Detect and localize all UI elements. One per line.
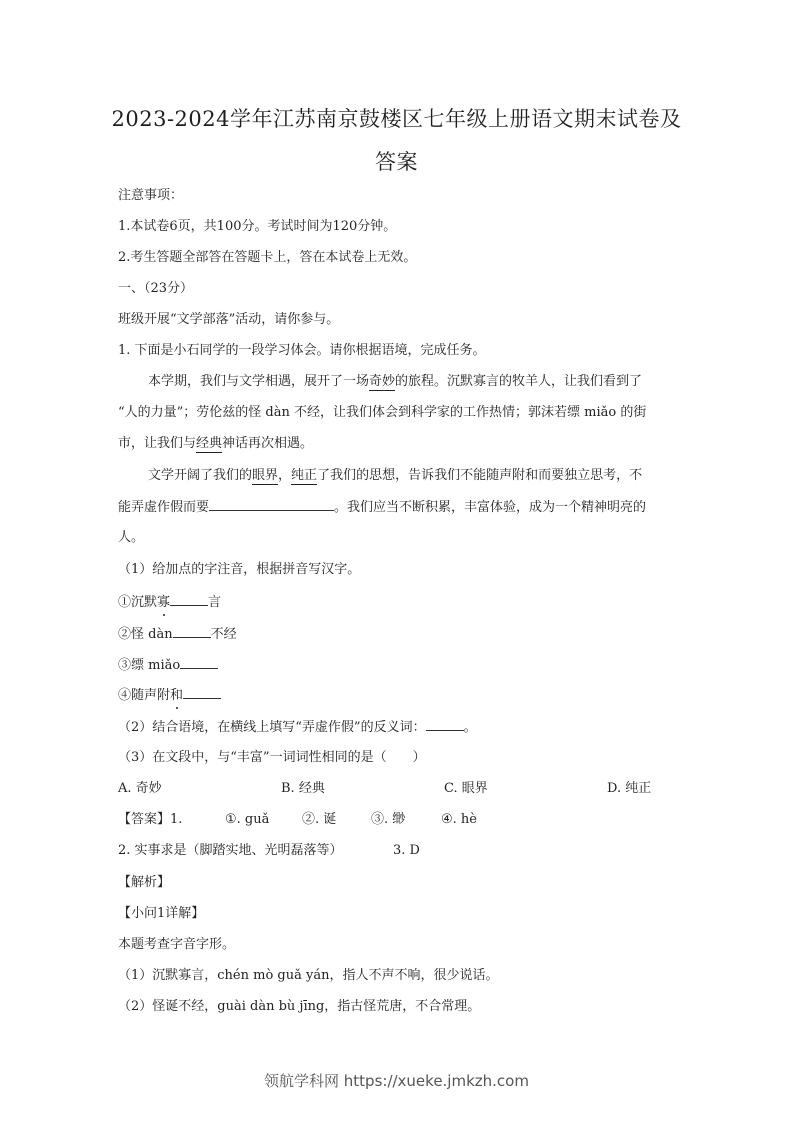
option-d[interactable]: D. 纯正 — [607, 780, 651, 798]
answer-blank-3[interactable] — [180, 656, 218, 669]
exam-page: 2023-2024学年江苏南京鼓楼区七年级上册语文期末试卷及 答案 注意事项： … — [0, 0, 793, 1122]
passage-para2-line1: 文学开阔了我们的眼界，纯正了我们的思想，告诉我们不能随声附和而要独立思考，不 — [148, 467, 642, 485]
question-1-stem: 1. 下面是小石同学的一段学习体会。请你根据语境，完成任务。 — [118, 342, 486, 360]
analysis-sub-label: 【小问1详解】 — [118, 905, 204, 923]
sub1-item-3: ③缥 miǎo — [118, 656, 218, 675]
passage-para1-line3: 市，让我们与经典神话再次相遇。 — [118, 435, 313, 453]
answer-label: 【答案】1. — [118, 811, 182, 829]
analysis-label: 【解析】 — [118, 874, 170, 892]
passage-para2-line2: 能弄虚作假而要。我们应当不断积累，丰富体验，成为一个精神明亮的 — [118, 498, 646, 517]
passage-para1-line1: 本学期，我们与文学相遇，展开了一场奇妙的旅程。沉默寡言的牧羊人，让我们看到了 — [148, 373, 642, 391]
option-b[interactable]: B. 经典 — [281, 780, 325, 798]
answer-blank-sub2[interactable] — [426, 718, 464, 731]
sub-question-3-stem: （3）在文段中，与“丰富”一词词性相同的是（ ） — [118, 749, 426, 767]
page-title-line2: 答案 — [100, 146, 693, 176]
option-c[interactable]: C. 眼界 — [444, 780, 488, 798]
option-a[interactable]: A. 奇妙 — [118, 780, 162, 798]
answer-blank-antonym[interactable] — [209, 498, 334, 511]
page-title-line1: 2023-2024学年江苏南京鼓楼区七年级上册语文期末试卷及 — [100, 103, 693, 133]
dotted-char: 和 — [170, 687, 183, 705]
sub1-item-2: ②怪 dàn不经 — [118, 625, 237, 644]
answer-item-1: ①. guǎ — [225, 811, 269, 829]
sub1-item-1: ①沉默寡言 — [118, 593, 221, 612]
underlined-word-jingdian: 经典 — [196, 436, 222, 453]
answer-item-3: ③. 缈 — [371, 811, 405, 829]
answer-item-4: ④. hè — [441, 811, 477, 829]
section-intro: 班级开展“文学部落”活动，请你参与。 — [118, 311, 339, 329]
answer-3: 3. D — [393, 842, 420, 860]
sub-question-1-stem: （1）给加点的字注音，根据拼音写汉字。 — [118, 561, 360, 579]
answer-blank-1[interactable] — [170, 593, 208, 606]
notice-heading: 注意事项： — [118, 187, 183, 205]
analysis-intro: 本题考查字音字形。 — [118, 936, 235, 954]
answer-blank-4[interactable] — [183, 686, 221, 699]
footer-watermark: 领航学科网 https://xueke.jmkzh.com — [0, 1070, 793, 1091]
dotted-char: 寡 — [157, 594, 170, 612]
sub-question-2: （2）结合语境，在横线上填写“弄虚作假”的反义词：。 — [118, 718, 477, 737]
answer-item-2: ②. 诞 — [302, 811, 336, 829]
analysis-line-2: （2）怪诞不经，guài dàn bù jīng，指古怪荒唐，不合常理。 — [118, 998, 480, 1016]
answer-2: 2. 实事求是（脚踏实地、光明磊落等） — [118, 842, 343, 860]
sub1-item-4: ④随声附和 — [118, 686, 221, 705]
analysis-line-1: （1）沉默寡言，chén mò guǎ yán，指人不声不响，很少说话。 — [118, 967, 498, 985]
underlined-word-qimiao: 奇妙 — [369, 374, 395, 391]
notice-item-2: 2.考生答题全部答在答题卡上，答在本试卷上无效。 — [118, 249, 416, 267]
answer-blank-2[interactable] — [173, 625, 211, 638]
passage-para1-line2: “人的力量”；劳伦兹的怪 dàn 不经，让我们体会到科学家的工作热情；郭沫若缥 … — [118, 404, 646, 422]
passage-para2-line3: 人。 — [118, 529, 144, 547]
underlined-word-chunzheng: 纯正 — [291, 468, 317, 485]
underlined-word-yanjie: 眼界 — [252, 468, 278, 485]
notice-item-1: 1.本试卷6页，共100分。考试时间为120分钟。 — [118, 218, 396, 236]
section-heading: 一、（23分） — [118, 280, 193, 298]
